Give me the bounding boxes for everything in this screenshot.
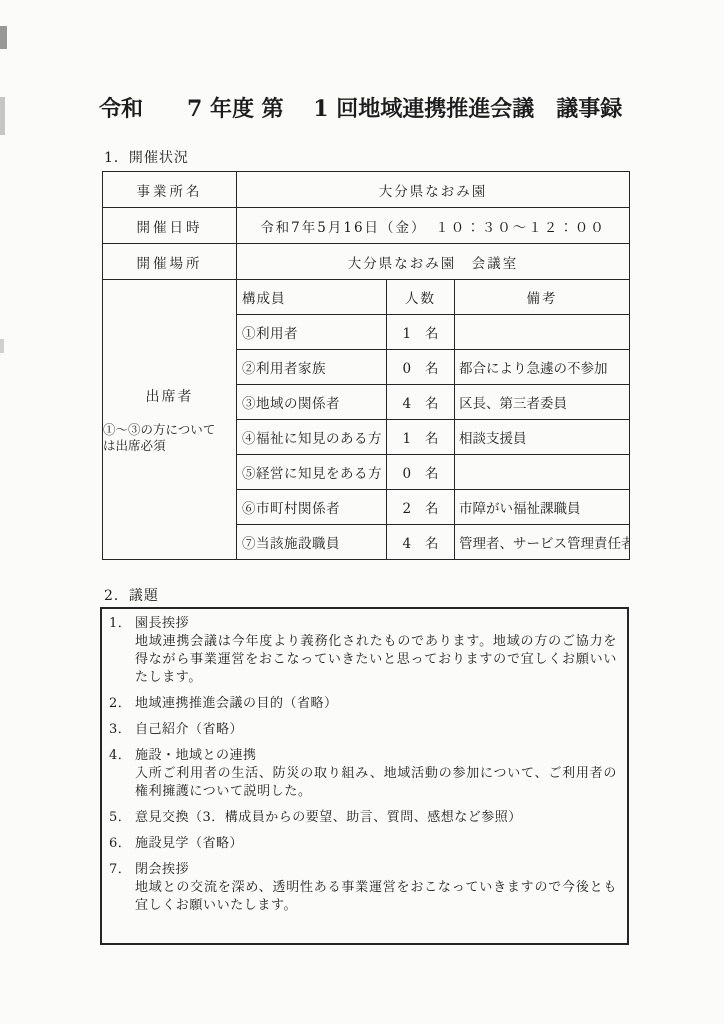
agenda-title: 園長挨拶	[135, 615, 189, 633]
attendee-remark	[455, 455, 630, 490]
attendee-member: ①利用者	[237, 315, 387, 350]
attendee-count: 2名	[387, 490, 455, 525]
agenda-number: 1．	[109, 615, 135, 633]
date-time-label: 開催日時	[103, 208, 237, 244]
attendees-label-cell: 出席者 ①～③の方については出席必須	[103, 280, 237, 560]
attendee-count: 0名	[387, 455, 455, 490]
agenda-box: 1．園長挨拶 地域連携会議は今年度より義務化されたものであります。地域の方のご協…	[100, 607, 629, 945]
attendee-remark: 相談支援員	[455, 420, 630, 455]
scanned-document-page: 令和 7 年度 第 1 回地域連携推進会議 議事録 1．開催状況 事業所名 大分…	[0, 0, 724, 1024]
agenda-title: 施設見学（省略）	[135, 835, 243, 853]
attendee-remark: 区長、第三者委員	[455, 385, 630, 420]
attendee-member: ⑥市町村関係者	[237, 490, 387, 525]
attendee-member: ⑦当該施設職員	[237, 525, 387, 560]
agenda-item: 3．自己紹介（省略）	[109, 721, 617, 739]
column-header-remark: 備考	[455, 280, 630, 315]
attendees-note: ①～③の方については出席必須	[103, 422, 236, 454]
agenda-body: 地域連携会議は今年度より義務化されたものであります。地域の方のご協力を得ながら事…	[135, 633, 617, 687]
attendee-remark: 市障がい福祉課職員	[455, 490, 630, 525]
agenda-item: 5．意見交換（3．構成員からの要望、助言、質問、感想など参照）	[109, 809, 617, 827]
section2-heading: 2．議題	[104, 585, 159, 605]
column-header-count: 人数	[387, 280, 455, 315]
attendee-count: 1名	[387, 315, 455, 350]
agenda-body: 入所ご利用者の生活、防災の取り組み、地域活動の参加について、ご利用者の権利擁護に…	[135, 765, 617, 801]
table-row: 開催日時 令和7年5月16日（金） １０：３０～１２：００	[103, 208, 630, 244]
attendee-remark	[455, 315, 630, 350]
agenda-item: 6．施設見学（省略）	[109, 835, 617, 853]
agenda-title: 地域連携推進会議の目的（省略）	[135, 695, 338, 713]
scan-artifact	[0, 339, 4, 353]
agenda-number: 4．	[109, 747, 135, 765]
attendee-count: 4名	[387, 525, 455, 560]
agenda-item: 4．施設・地域との連携 入所ご利用者の生活、防災の取り組み、地域活動の参加につい…	[109, 747, 617, 801]
attendee-member: ②利用者家族	[237, 350, 387, 385]
table-row: 開催場所 大分県なおみ園 会議室	[103, 244, 630, 280]
table-row: 出席者 ①～③の方については出席必須 構成員 人数 備考	[103, 280, 630, 315]
agenda-title: 閉会挨拶	[135, 861, 189, 879]
attendee-member: ⑤経営に知見をある方	[237, 455, 387, 490]
scan-artifact	[0, 26, 7, 49]
agenda-number: 2．	[109, 695, 135, 713]
section1-heading: 1．開催状況	[104, 147, 189, 167]
attendee-member: ③地域の関係者	[237, 385, 387, 420]
agenda-title: 自己紹介（省略）	[135, 721, 243, 739]
agenda-number: 3．	[109, 721, 135, 739]
venue-label: 開催場所	[103, 244, 237, 280]
agenda-number: 6．	[109, 835, 135, 853]
office-name-label: 事業所名	[103, 172, 237, 208]
scan-artifact	[0, 97, 5, 135]
attendees-title: 出席者	[103, 386, 236, 406]
column-header-member: 構成員	[237, 280, 387, 315]
attendee-count: 4名	[387, 385, 455, 420]
agenda-item: 7．閉会挨拶 地域との交流を深め、透明性ある事業運営をおこなっていきますので今後…	[109, 861, 617, 915]
agenda-item: 2．地域連携推進会議の目的（省略）	[109, 695, 617, 713]
date-time-value: 令和7年5月16日（金） １０：３０～１２：００	[237, 208, 630, 244]
meeting-overview-table: 事業所名 大分県なおみ園 開催日時 令和7年5月16日（金） １０：３０～１２：…	[102, 171, 630, 560]
attendee-remark: 管理者、サービス管理責任者	[455, 525, 630, 560]
office-name-value: 大分県なおみ園	[237, 172, 630, 208]
agenda-number: 7．	[109, 861, 135, 879]
agenda-title: 意見交換（3．構成員からの要望、助言、質問、感想など参照）	[135, 809, 522, 827]
attendee-count: 0名	[387, 350, 455, 385]
table-row: 事業所名 大分県なおみ園	[103, 172, 630, 208]
attendee-member: ④福祉に知見のある方	[237, 420, 387, 455]
agenda-number: 5．	[109, 809, 135, 827]
venue-value: 大分県なおみ園 会議室	[237, 244, 630, 280]
agenda-item: 1．園長挨拶 地域連携会議は今年度より義務化されたものであります。地域の方のご協…	[109, 615, 617, 687]
attendee-remark: 都合により急遽の不参加	[455, 350, 630, 385]
document-title: 令和 7 年度 第 1 回地域連携推進会議 議事録	[99, 92, 622, 123]
agenda-body: 地域との交流を深め、透明性ある事業運営をおこなっていきますので今後とも宜しくお願…	[135, 879, 617, 915]
agenda-title: 施設・地域との連携	[135, 747, 257, 765]
attendee-count: 1名	[387, 420, 455, 455]
